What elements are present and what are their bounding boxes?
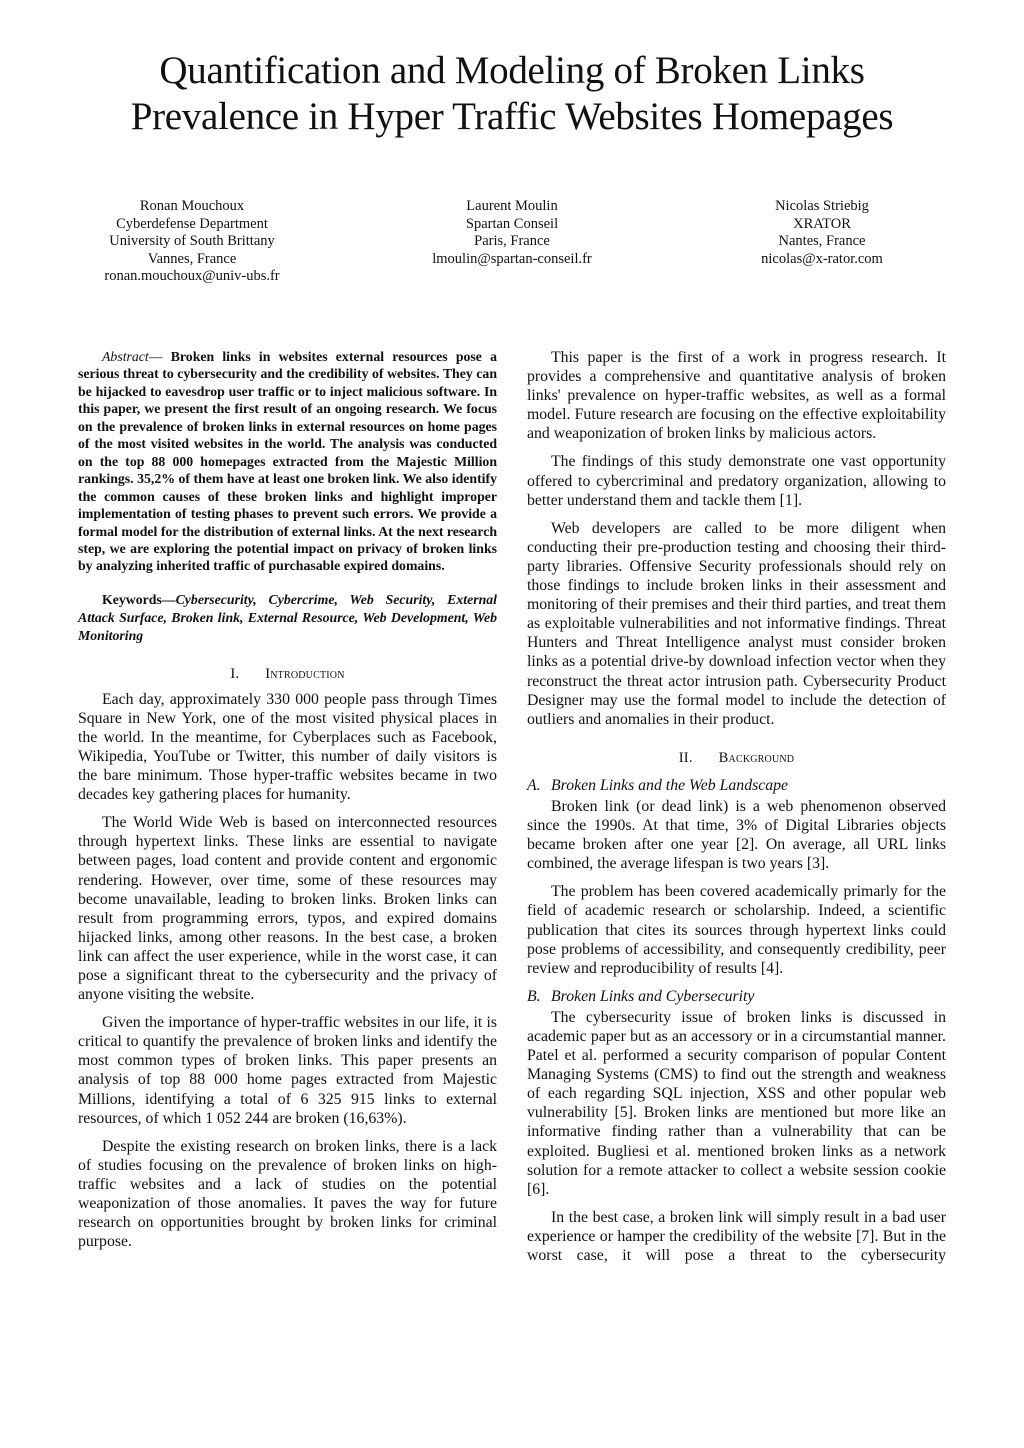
subsection-title: Broken Links and the Web Landscape [551, 777, 788, 794]
paragraph: Broken link (or dead link) is a web phen… [527, 797, 946, 873]
section-title: Introduction [265, 666, 344, 682]
subsection-heading-a: A.Broken Links and the Web Landscape [527, 776, 946, 795]
title-line-1: Quantification and Modeling of Broken Li… [0, 48, 1024, 94]
section-number: I. [230, 666, 239, 682]
title-line-2: Prevalence in Hyper Traffic Websites Hom… [0, 94, 1024, 140]
section-heading-background: II.Background [527, 749, 946, 768]
section-title: Background [719, 750, 795, 766]
abstract: Abstract— Broken links in websites exter… [78, 348, 497, 575]
subsection-letter: B. [527, 987, 551, 1006]
author-name: Ronan Mouchoux [42, 198, 342, 216]
keywords-label: Keywords— [102, 592, 176, 607]
author-1: Ronan Mouchoux Cyberdefense Department U… [42, 198, 342, 286]
abstract-label: Abstract [102, 349, 149, 364]
subsection-title: Broken Links and Cybersecurity [551, 988, 754, 1005]
paragraph: Despite the existing research on broken … [78, 1137, 497, 1252]
author-name: Nicolas Striebig [672, 198, 972, 216]
paragraph: The findings of this study demonstrate o… [527, 452, 946, 509]
paragraph: Web developers are called to be more dil… [527, 519, 946, 729]
paragraph: This paper is the first of a work in pro… [527, 348, 946, 443]
paragraph: The problem has been covered academicall… [527, 882, 946, 977]
author-3: Nicolas Striebig XRATOR Nantes, France n… [672, 198, 972, 268]
subsection-heading-b: B.Broken Links and Cybersecurity [527, 987, 946, 1006]
abstract-text: Broken links in websites external resour… [78, 349, 497, 573]
author-affiliation: Cyberdefense Department [42, 216, 342, 234]
author-location: Paris, France [362, 233, 662, 251]
section-number: II. [679, 750, 693, 766]
author-affiliation: Spartan Conseil [362, 216, 662, 234]
paragraph: In the best case, a broken link will sim… [527, 1208, 946, 1265]
paragraph: The World Wide Web is based on interconn… [78, 813, 497, 1004]
abstract-dash: — [149, 349, 171, 364]
author-location: Nantes, France [672, 233, 972, 251]
left-column: Abstract— Broken links in websites exter… [78, 348, 497, 1260]
paragraph: The cybersecurity issue of broken links … [527, 1008, 946, 1199]
author-location: Vannes, France [42, 251, 342, 269]
author-email: nicolas@x-rator.com [672, 251, 972, 269]
author-name: Laurent Moulin [362, 198, 662, 216]
author-block: Ronan Mouchoux Cyberdefense Department U… [0, 198, 1024, 298]
author-affiliation: XRATOR [672, 216, 972, 234]
paper-title: Quantification and Modeling of Broken Li… [0, 48, 1024, 140]
author-affiliation: University of South Brittany [42, 233, 342, 251]
author-2: Laurent Moulin Spartan Conseil Paris, Fr… [362, 198, 662, 268]
keywords: Keywords—Cybersecurity, Cybercrime, Web … [78, 591, 497, 645]
paragraph: Given the importance of hyper-traffic we… [78, 1013, 497, 1128]
author-email: lmoulin@spartan-conseil.fr [362, 251, 662, 269]
right-column: This paper is the first of a work in pro… [527, 348, 946, 1274]
section-heading-introduction: I.Introduction [78, 665, 497, 684]
paragraph: Each day, approximately 330 000 people p… [78, 690, 497, 805]
author-email: ronan.mouchoux@univ-ubs.fr [42, 268, 342, 286]
subsection-letter: A. [527, 776, 551, 795]
